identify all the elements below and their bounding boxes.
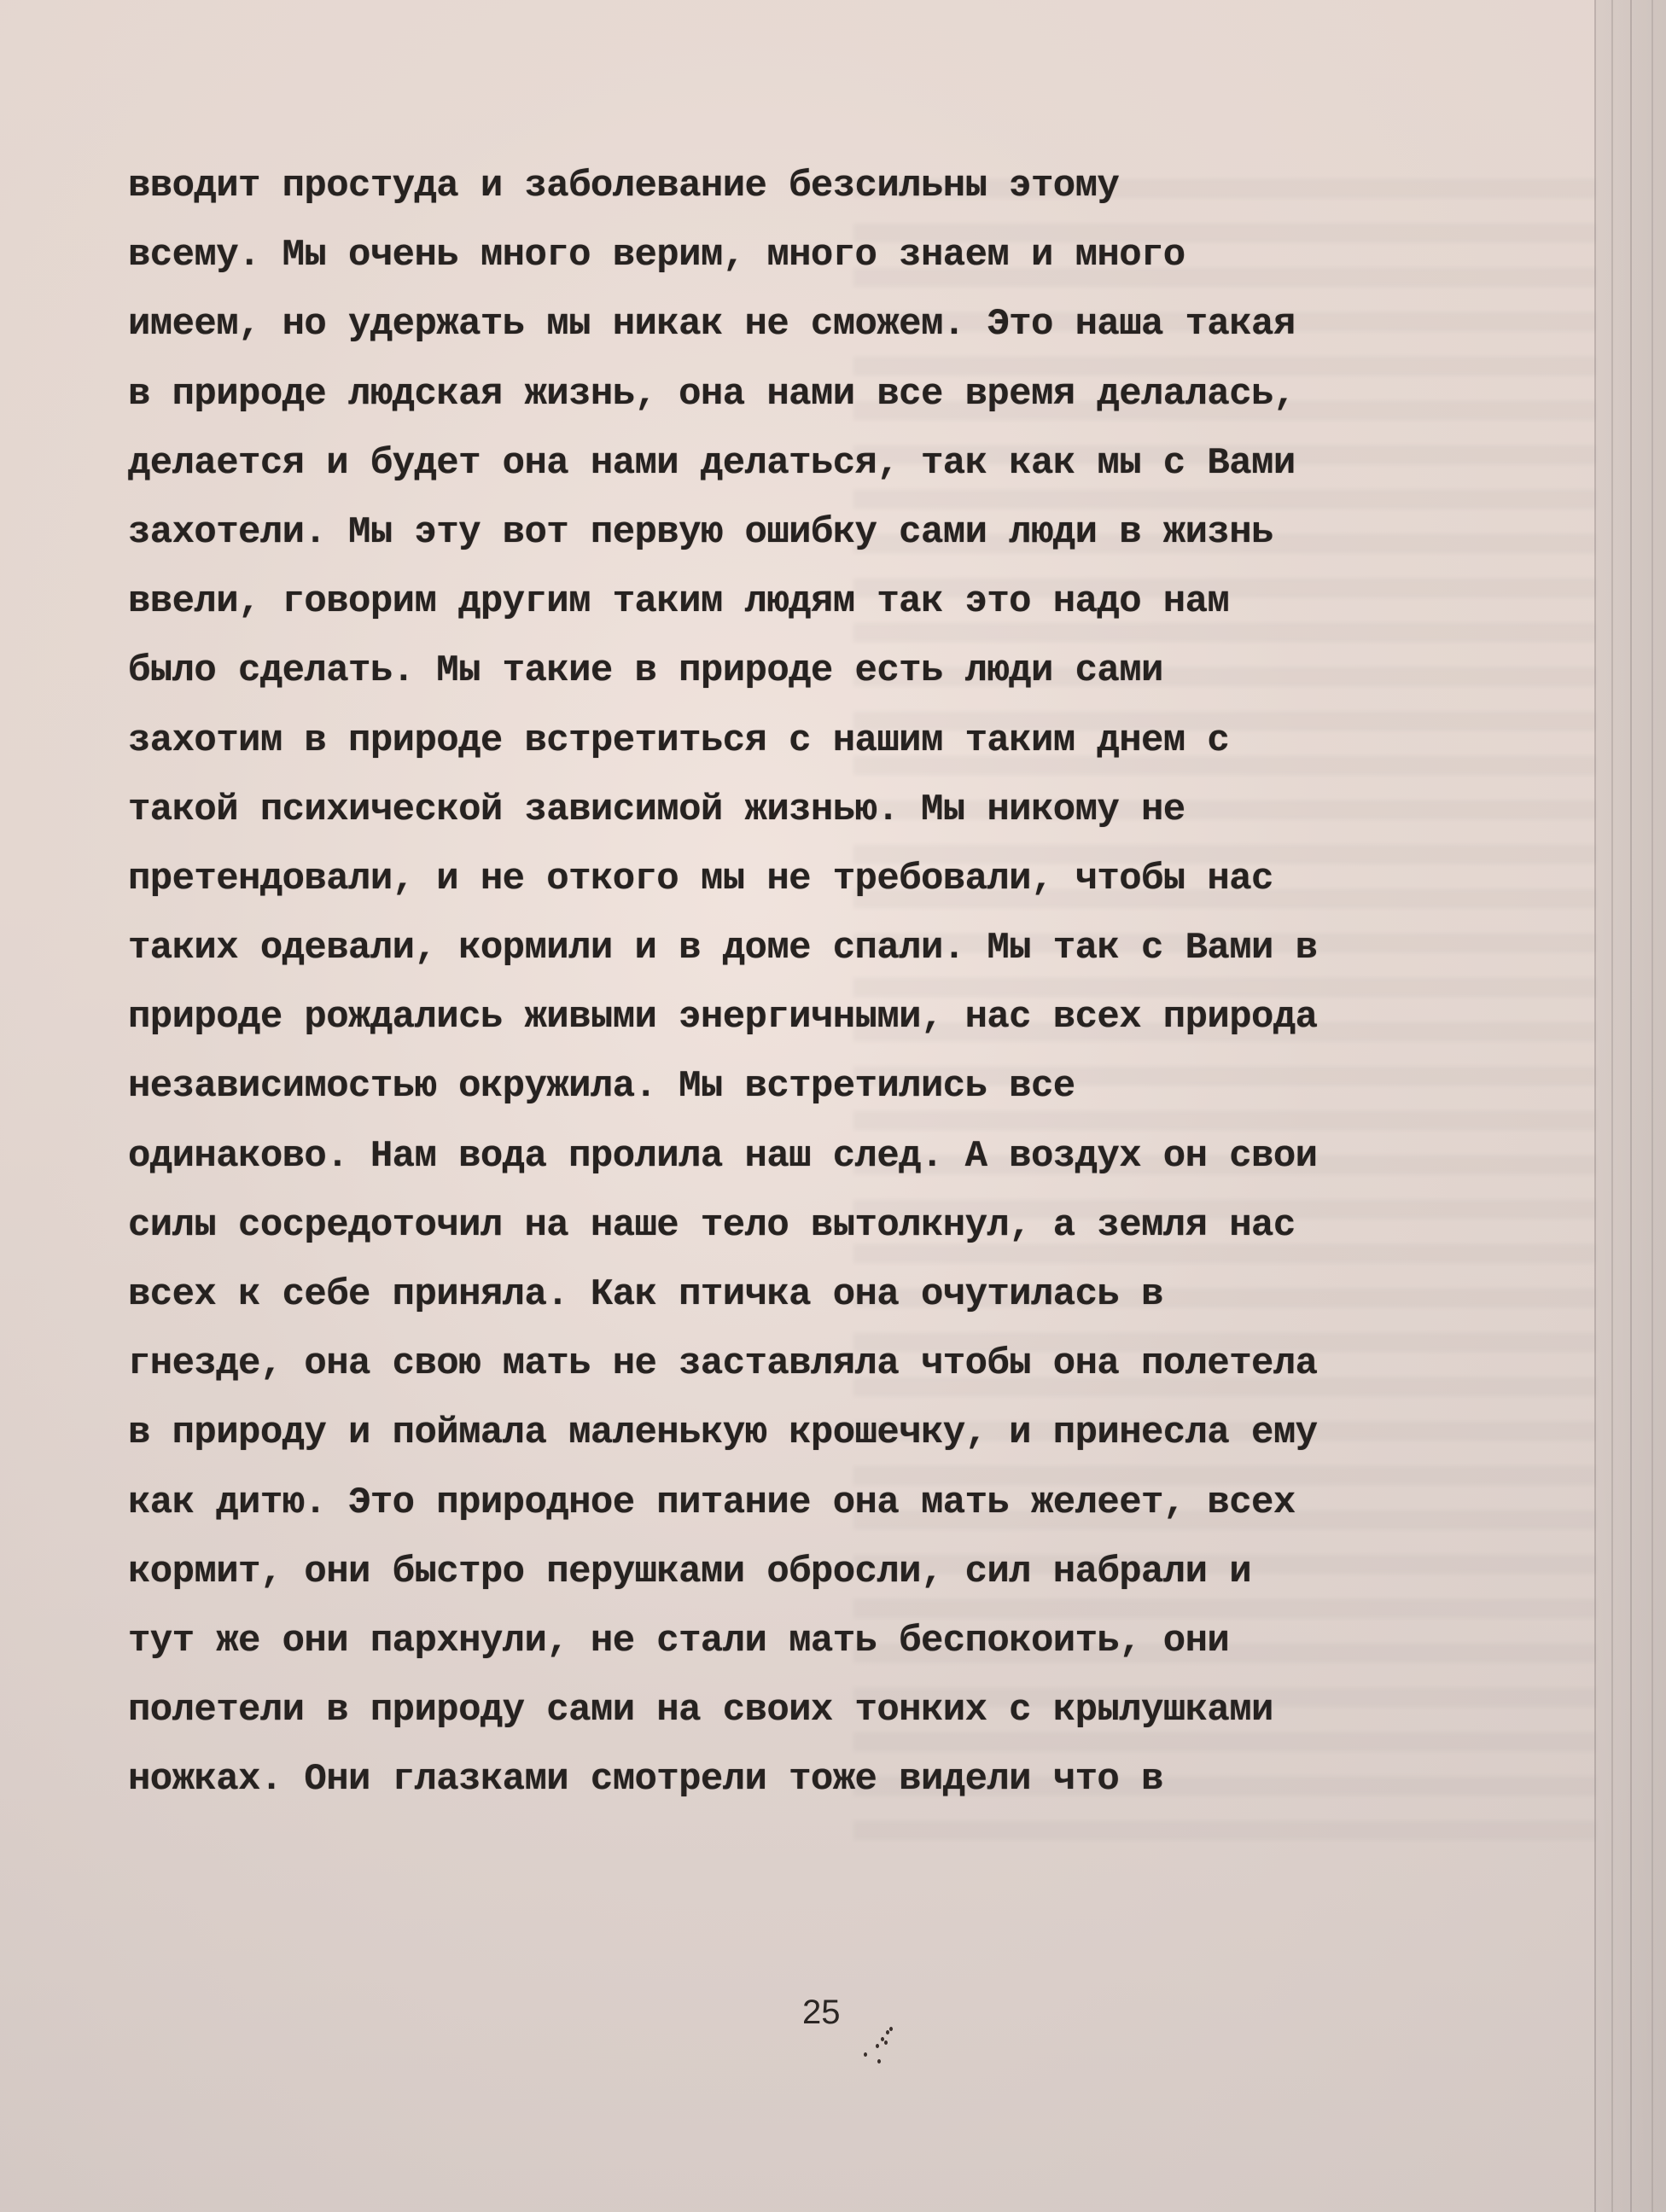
text-line: всему. Мы очень много верим, много знаем…: [128, 230, 1494, 299]
text-line: как дитю. Это природное питание она мать…: [128, 1477, 1494, 1546]
text-line: захотим в природе встретиться с нашим та…: [128, 715, 1494, 784]
text-line: имеем, но удержать мы никак не сможем. Э…: [128, 299, 1494, 368]
paper-page: вводит простуда и заболевание безсильны …: [0, 0, 1666, 2212]
text-line: ввели, говорим другим таким людям так эт…: [128, 576, 1494, 645]
text-line: независимостью окружила. Мы встретились …: [128, 1061, 1494, 1130]
text-line: полетели в природу сами на своих тонких …: [128, 1685, 1494, 1754]
ink-speck: [884, 2040, 888, 2045]
text-line: таких одевали, кормили и в доме спали. М…: [128, 923, 1494, 992]
typewritten-text-body: вводит простуда и заболевание безсильны …: [128, 160, 1494, 1824]
ink-speck: [889, 2027, 893, 2031]
text-line: кормит, они быстро перушками обросли, си…: [128, 1546, 1494, 1615]
ink-speck: [886, 2030, 889, 2034]
page-edge-line: [1594, 0, 1596, 2212]
text-line: ножках. Они глазками смотрели тоже видел…: [128, 1754, 1494, 1823]
page-number: 25: [802, 1994, 841, 2032]
text-line: тут же они пархнули, не стали мать беспо…: [128, 1615, 1494, 1685]
text-line: такой психической зависимой жизнью. Мы н…: [128, 784, 1494, 853]
ink-specks: [862, 2027, 896, 2069]
text-line: природе рождались живыми энергичными, на…: [128, 992, 1494, 1061]
text-line: в природе людская жизнь, она нами все вр…: [128, 369, 1494, 438]
ink-speck: [864, 2052, 867, 2057]
text-line: силы сосредоточил на наше тело вытолкнул…: [128, 1200, 1494, 1269]
page-edge-line: [1611, 0, 1613, 2212]
ink-speck: [877, 2059, 881, 2064]
page-edge-line: [1630, 0, 1632, 2212]
text-line: всех к себе приняла. Как птичка она очут…: [128, 1269, 1494, 1338]
text-line: захотели. Мы эту вот первую ошибку сами …: [128, 507, 1494, 576]
text-line: было сделать. Мы такие в природе есть лю…: [128, 645, 1494, 714]
ink-speck: [876, 2044, 879, 2048]
text-line: вводит простуда и заболевание безсильны …: [128, 160, 1494, 230]
page-edge-line: [1651, 0, 1653, 2212]
text-line: в природу и поймала маленькую крошечку, …: [128, 1407, 1494, 1476]
text-line: одинаково. Нам вода пролила наш след. А …: [128, 1131, 1494, 1200]
text-line: делается и будет она нами делаться, так …: [128, 438, 1494, 507]
text-line: гнезде, она свою мать не заставляла чтоб…: [128, 1338, 1494, 1407]
text-line: претендовали, и не откого мы не требовал…: [128, 853, 1494, 923]
